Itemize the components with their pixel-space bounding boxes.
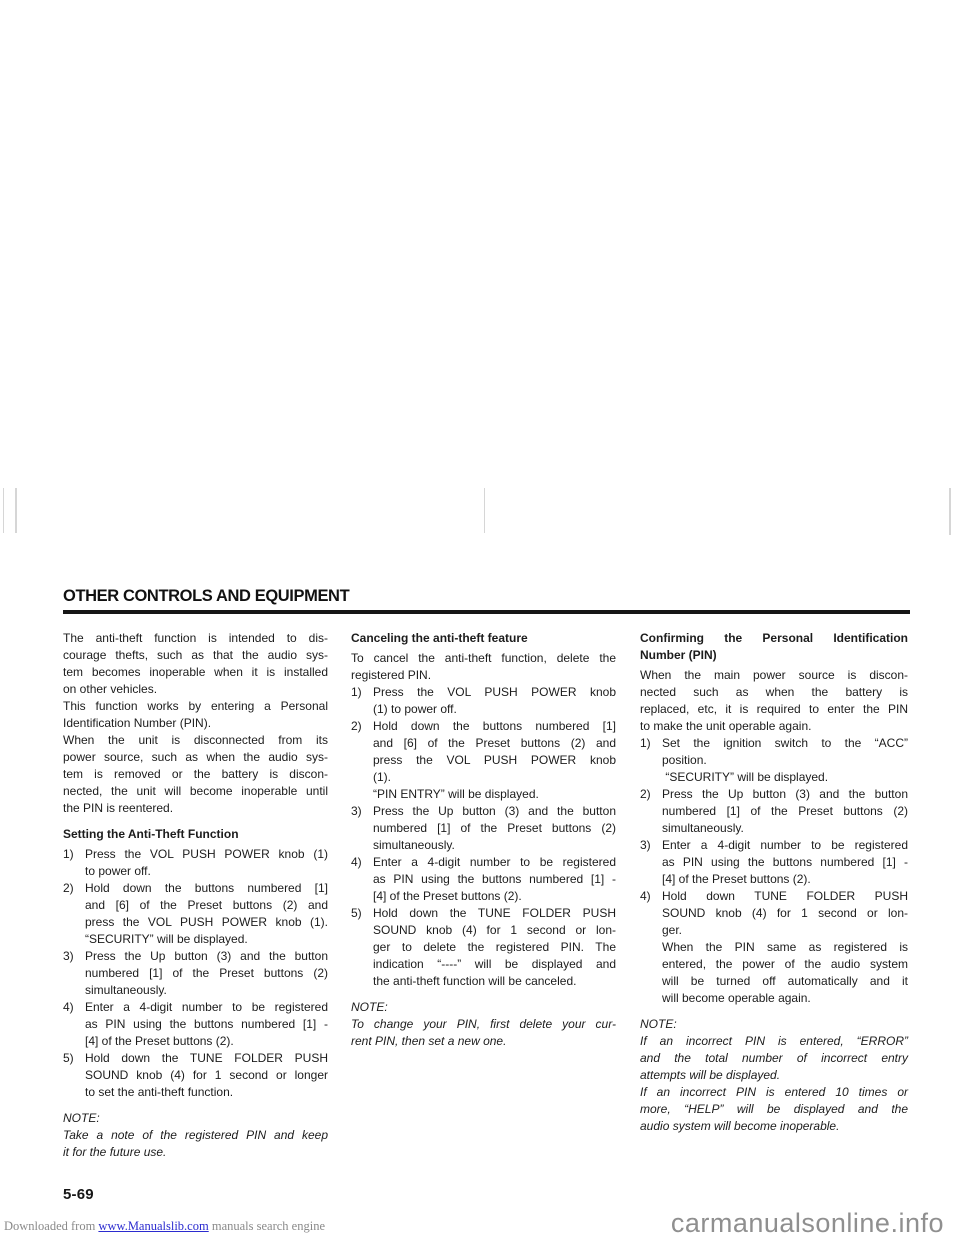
text-line: as PIN using the buttons numbered [1] - [662, 854, 908, 871]
text-line: Canceling the anti-theft feature [351, 630, 616, 647]
list-item-text: Enter a 4-digit number to be registereda… [373, 854, 616, 905]
paragraph: The anti-theft function is intended to d… [63, 630, 328, 698]
text-line: tem becomes inoperable when it is instal… [63, 664, 328, 681]
list-item-text: Hold down the TUNE FOLDER PUSHSOUND knob… [373, 905, 616, 990]
text-line: numbered [1] of the Preset buttons (2) [662, 803, 908, 820]
text-line: (1). [373, 769, 616, 786]
footer-download-line: Downloaded from www.Manualslib.com manua… [4, 1219, 325, 1234]
text-line: The anti-theft function is intended to d… [63, 630, 328, 647]
text-line: When the main power source is discon- [640, 667, 908, 684]
list-item-text: Hold down TUNE FOLDER PUSHSOUND knob (4)… [662, 888, 908, 1007]
text-line: and the total number of incorrect entry [640, 1050, 908, 1067]
paragraph: This function works by entering a Person… [63, 698, 328, 732]
list-item-text: Hold down the buttons numbered [1]and [6… [85, 880, 328, 948]
text-line: audio system will become inoperable. [640, 1118, 908, 1135]
list-item-number: 4) [63, 999, 85, 1050]
list-item: 2)Hold down the buttons numbered [1]and … [63, 880, 328, 948]
footer-prefix-text: Downloaded from [4, 1219, 98, 1233]
text-line: Hold down the TUNE FOLDER PUSH [373, 905, 616, 922]
section-heading: Setting the Anti-Theft Function [63, 826, 328, 843]
text-line: replaced, etc, it is required to enter t… [640, 701, 908, 718]
text-line: and [6] of the Preset buttons (2) and [85, 897, 328, 914]
text-line: To change your PIN, first delete your cu… [351, 1016, 616, 1033]
list-item: 3)Enter a 4-digit number to be registere… [640, 837, 908, 888]
column-3: Confirming the Personal IdentificationNu… [640, 630, 908, 1135]
text-line: as PIN using the buttons numbered [1] - [85, 1016, 328, 1033]
list-item-text: Hold down the TUNE FOLDER PUSHSOUND knob… [85, 1050, 328, 1101]
list-item: 5)Hold down the TUNE FOLDER PUSHSOUND kn… [63, 1050, 328, 1101]
watermark-text: carmanualsonline.info [671, 1208, 944, 1239]
text-line: SOUND knob (4) for 1 second or lon- [662, 905, 908, 922]
text-line: [4] of the Preset buttons (2). [85, 1033, 328, 1050]
list-item: 3)Press the Up button (3) and the button… [63, 948, 328, 999]
text-line: Identification Number (PIN). [63, 715, 328, 732]
text-line: indication “----” will be displayed and [373, 956, 616, 973]
text-line: Confirming the Personal Identification [640, 630, 908, 647]
note-paragraph: Take a note of the registered PIN and ke… [63, 1127, 328, 1161]
list-item-number: 1) [640, 735, 662, 786]
list-item-number: 3) [63, 948, 85, 999]
text-line: power source, such as when the audio sys… [63, 749, 328, 766]
text-line: entered, the power of the audio system [662, 956, 908, 973]
text-line: NOTE: [640, 1016, 908, 1033]
paragraph: When the main power source is discon-nec… [640, 667, 908, 735]
text-line: Set the ignition switch to the “ACC” [662, 735, 908, 752]
manualslib-link[interactable]: www.Manualslib.com [98, 1219, 208, 1233]
text-line: Setting the Anti-Theft Function [63, 826, 328, 843]
text-line: the anti-theft function will be canceled… [373, 973, 616, 990]
list-item-number: 1) [63, 846, 85, 880]
text-line: Hold down the TUNE FOLDER PUSH [85, 1050, 328, 1067]
text-line: to make the unit operable again. [640, 718, 908, 735]
column-2: Canceling the anti-theft featureTo cance… [351, 630, 616, 1050]
list-item-number: 2) [351, 718, 373, 803]
text-line: will be turned off automatically and it [662, 973, 908, 990]
text-line: position. [662, 752, 908, 769]
text-line: Press the Up button (3) and the button [85, 948, 328, 965]
text-line: to set the anti-theft function. [85, 1084, 328, 1101]
list-item-number: 3) [351, 803, 373, 854]
text-line: This function works by entering a Person… [63, 698, 328, 715]
text-line: If an incorrect PIN is entered 10 times … [640, 1084, 908, 1101]
text-line: Press the Up button (3) and the button [373, 803, 616, 820]
scan-artifact-mark [949, 488, 951, 535]
text-line: registered PIN. [351, 667, 616, 684]
scan-artifact-mark [3, 488, 4, 533]
text-line: [4] of the Preset buttons (2). [373, 888, 616, 905]
list-item-number: 4) [640, 888, 662, 1007]
text-line: When the unit is disconnected from its [63, 732, 328, 749]
list-item-text: Set the ignition switch to the “ACC”posi… [662, 735, 908, 786]
list-item-number: 4) [351, 854, 373, 905]
list-item-text: Enter a 4-digit number to be registereda… [662, 837, 908, 888]
text-line: it for the future use. [63, 1144, 328, 1161]
text-line: Press the VOL PUSH POWER knob [373, 684, 616, 701]
text-line: Number (PIN) [640, 647, 908, 664]
text-line: [4] of the Preset buttons (2). [662, 871, 908, 888]
list-item-text: Press the VOL PUSH POWER knob(1) to powe… [373, 684, 616, 718]
note-paragraph: If an incorrect PIN is entered, “ERROR”a… [640, 1033, 908, 1084]
manual-page: { "header": { "title": "OTHER CONTROLS A… [0, 0, 960, 1242]
list-item: 2)Hold down the buttons numbered [1]and … [351, 718, 616, 803]
text-line: Enter a 4-digit number to be registered [662, 837, 908, 854]
text-line: courage thefts, such as that the audio s… [63, 647, 328, 664]
text-line: on other vehicles. [63, 681, 328, 698]
text-line: ger to delete the registered PIN. The [373, 939, 616, 956]
text-line: numbered [1] of the Preset buttons (2) [373, 820, 616, 837]
text-line: “SECURITY” will be displayed. [662, 769, 908, 786]
list-item-number: 1) [351, 684, 373, 718]
list-item: 2)Press the Up button (3) and the button… [640, 786, 908, 837]
list-item: 3)Press the Up button (3) and the button… [351, 803, 616, 854]
list-item: 4)Hold down TUNE FOLDER PUSHSOUND knob (… [640, 888, 908, 1007]
text-line: If an incorrect PIN is entered, “ERROR” [640, 1033, 908, 1050]
list-item-text: Press the Up button (3) and the buttonnu… [373, 803, 616, 854]
text-line: When the PIN same as registered is [662, 939, 908, 956]
text-line: NOTE: [351, 999, 616, 1016]
text-line: Hold down the buttons numbered [1] [373, 718, 616, 735]
text-line: and [6] of the Preset buttons (2) and [373, 735, 616, 752]
text-line: press the VOL PUSH POWER knob [373, 752, 616, 769]
text-line: as PIN using the buttons numbered [1] - [373, 871, 616, 888]
text-line: tem is removed or the battery is discon- [63, 766, 328, 783]
list-item: 5)Hold down the TUNE FOLDER PUSHSOUND kn… [351, 905, 616, 990]
text-line: Enter a 4-digit number to be registered [373, 854, 616, 871]
paragraph: When the unit is disconnected from itspo… [63, 732, 328, 817]
text-line: rent PIN, then set a new one. [351, 1033, 616, 1050]
note-label: NOTE: [63, 1110, 328, 1127]
text-line: attempts will be displayed. [640, 1067, 908, 1084]
list-item-number: 5) [351, 905, 373, 990]
text-line: Hold down TUNE FOLDER PUSH [662, 888, 908, 905]
list-item-number: 2) [63, 880, 85, 948]
note-label: NOTE: [640, 1016, 908, 1033]
list-item: 1)Press the VOL PUSH POWER knob(1) to po… [351, 684, 616, 718]
text-line: press the VOL PUSH POWER knob (1). [85, 914, 328, 931]
list-item-text: Press the VOL PUSH POWER knob (1)to powe… [85, 846, 328, 880]
list-item: 4)Enter a 4-digit number to be registere… [351, 854, 616, 905]
text-line: Press the VOL PUSH POWER knob (1) [85, 846, 328, 863]
text-line: simultaneously. [662, 820, 908, 837]
footer-suffix-text: manuals search engine [209, 1219, 325, 1233]
paragraph: To cancel the anti-theft function, delet… [351, 650, 616, 684]
list-item: 1)Set the ignition switch to the “ACC”po… [640, 735, 908, 786]
list-item-text: Hold down the buttons numbered [1]and [6… [373, 718, 616, 803]
list-item: 1)Press the VOL PUSH POWER knob (1)to po… [63, 846, 328, 880]
text-line: Hold down the buttons numbered [1] [85, 880, 328, 897]
text-line: simultaneously. [373, 837, 616, 854]
note-label: NOTE: [351, 999, 616, 1016]
text-line: SOUND knob (4) for 1 second or longer [85, 1067, 328, 1084]
header-rule [63, 610, 910, 614]
note-paragraph: To change your PIN, first delete your cu… [351, 1016, 616, 1050]
text-line: the PIN is reentered. [63, 800, 328, 817]
column-1: The anti-theft function is intended to d… [63, 630, 328, 1161]
text-line: “PIN ENTRY” will be displayed. [373, 786, 616, 803]
text-line: more, “HELP” will be displayed and the [640, 1101, 908, 1118]
text-line: ger. [662, 922, 908, 939]
text-line: “SECURITY” will be displayed. [85, 931, 328, 948]
list-item-text: Press the Up button (3) and the buttonnu… [85, 948, 328, 999]
text-line: nected, the unit will become inoperable … [63, 783, 328, 800]
page-number: 5-69 [63, 1186, 94, 1203]
page-title: OTHER CONTROLS AND EQUIPMENT [63, 586, 885, 606]
section-heading: Confirming the Personal IdentificationNu… [640, 630, 908, 664]
text-line: to power off. [85, 863, 328, 880]
text-line: (1) to power off. [373, 701, 616, 718]
list-item-number: 2) [640, 786, 662, 837]
section-header: OTHER CONTROLS AND EQUIPMENT [63, 586, 910, 614]
note-paragraph: If an incorrect PIN is entered 10 times … [640, 1084, 908, 1135]
list-item-number: 5) [63, 1050, 85, 1101]
text-line: nected such as when the battery is [640, 684, 908, 701]
text-line: simultaneously. [85, 982, 328, 999]
scan-artifact-mark [15, 488, 17, 533]
list-item-number: 3) [640, 837, 662, 888]
scan-artifact-mark [484, 488, 485, 533]
list-item-text: Press the Up button (3) and the buttonnu… [662, 786, 908, 837]
text-line: Take a note of the registered PIN and ke… [63, 1127, 328, 1144]
section-heading: Canceling the anti-theft feature [351, 630, 616, 647]
list-item: 4)Enter a 4-digit number to be registere… [63, 999, 328, 1050]
text-line: Press the Up button (3) and the button [662, 786, 908, 803]
text-line: Enter a 4-digit number to be registered [85, 999, 328, 1016]
text-line: numbered [1] of the Preset buttons (2) [85, 965, 328, 982]
text-line: To cancel the anti-theft function, delet… [351, 650, 616, 667]
text-line: will become operable again. [662, 990, 908, 1007]
list-item-text: Enter a 4-digit number to be registereda… [85, 999, 328, 1050]
text-line: NOTE: [63, 1110, 328, 1127]
text-line: SOUND knob (4) for 1 second or lon- [373, 922, 616, 939]
